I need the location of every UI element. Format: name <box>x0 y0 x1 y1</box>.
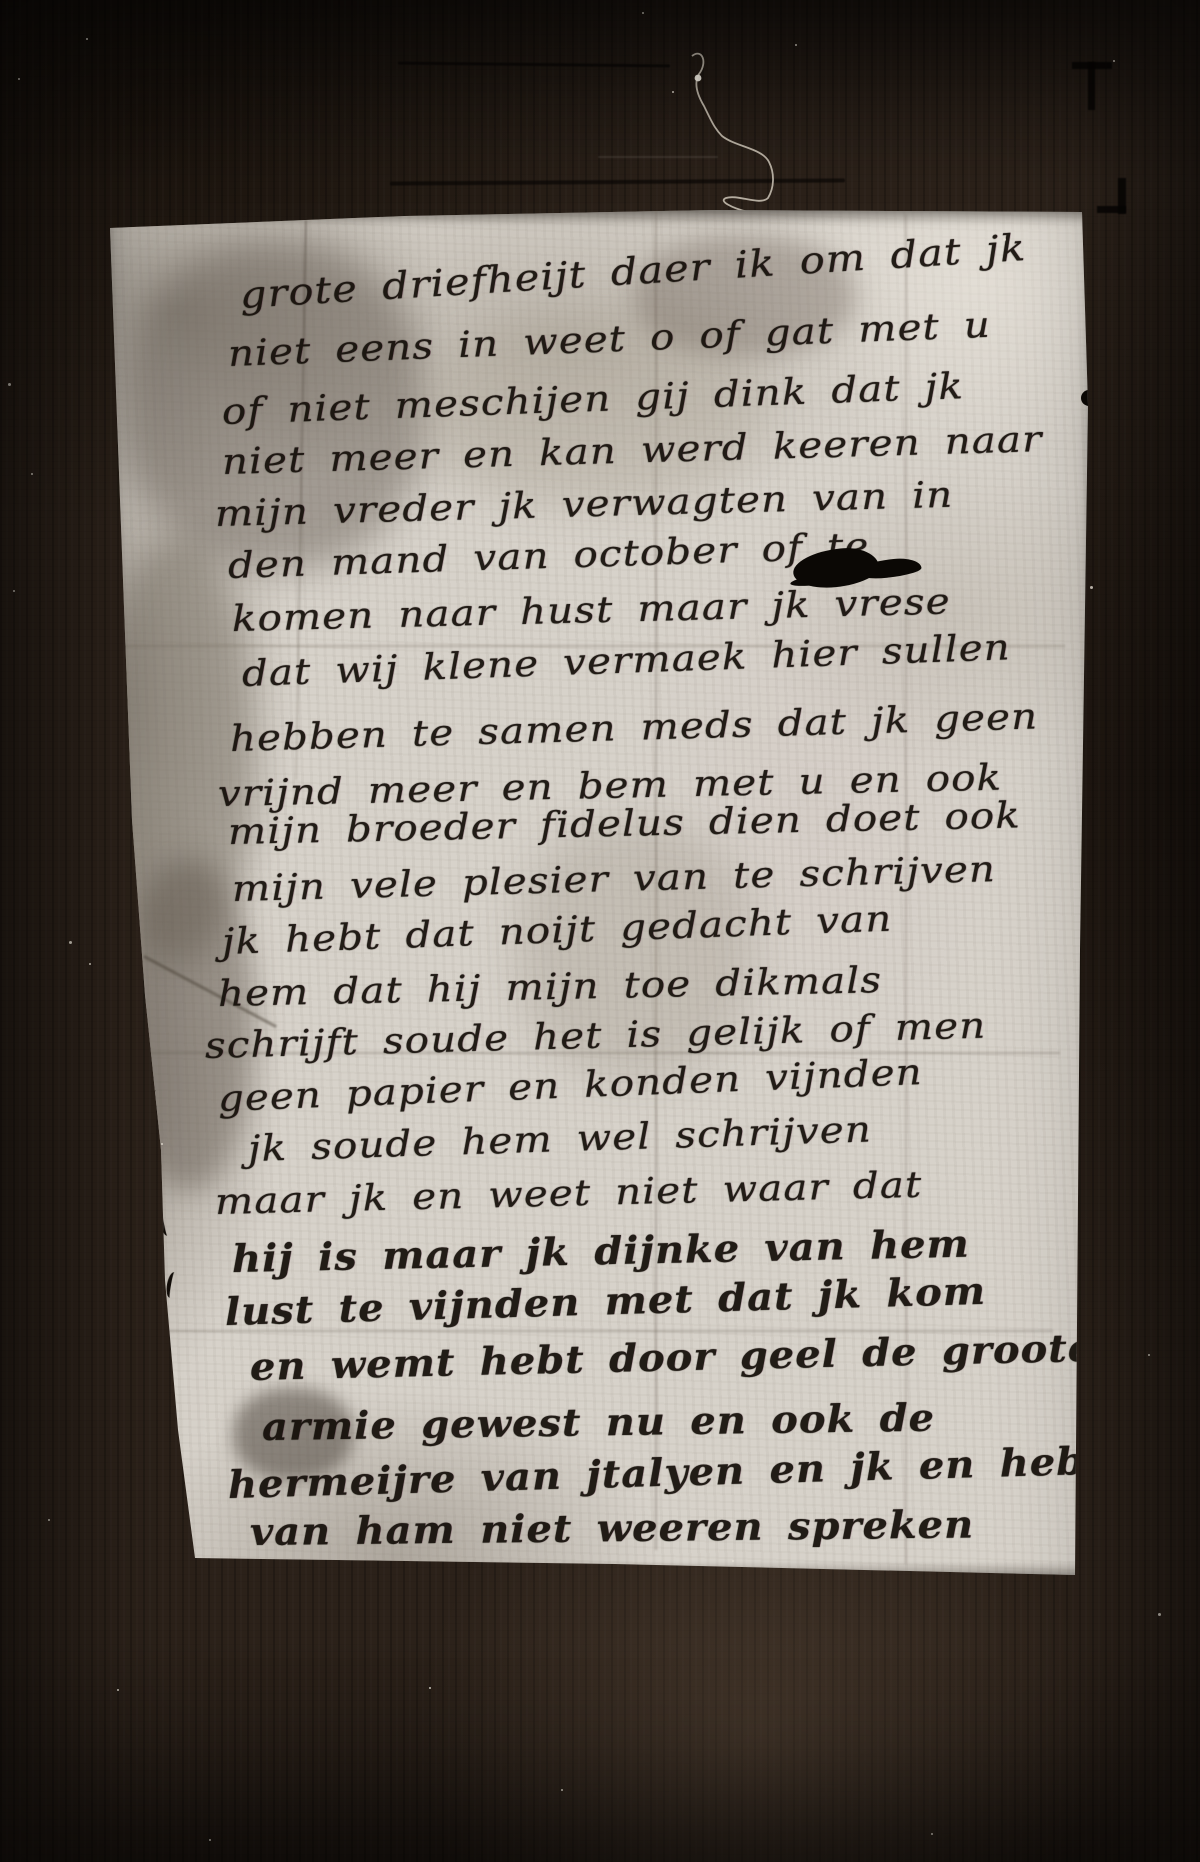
dust-speck <box>209 1839 211 1841</box>
handwriting-line: niet eens in weet o of gat met u <box>227 305 991 375</box>
dust-speck <box>429 1687 431 1689</box>
letter-paper: grote driefheijt daer ik om dat jkniet e… <box>95 200 1095 1585</box>
dust-speck <box>18 78 20 80</box>
handwriting-line: den mand van october of te <box>227 526 870 587</box>
dust-speck <box>732 1560 734 1562</box>
photograph-background: grote driefheijt daer ik om dat jkniet e… <box>0 0 1200 1862</box>
dust-speck <box>117 1689 119 1691</box>
dust-speck <box>161 1143 163 1145</box>
handwriting-line: hem dat hij mijn toe dikmals <box>218 960 883 1015</box>
dust-speck <box>672 91 674 93</box>
dust-speck <box>642 12 644 14</box>
handwriting-line: en wemt hebt door geel de groote <box>249 1325 1094 1389</box>
dust-speck <box>86 38 88 40</box>
handwriting-line: of niet meschijen gij dink dat jk <box>221 366 964 433</box>
handwriting-line: dat wij klene vermaek hier sullen <box>241 627 1011 695</box>
dust-speck <box>795 44 797 46</box>
handwritten-text: grote driefheijt daer ik om dat jkniet e… <box>95 200 1095 1585</box>
dust-speck <box>1090 586 1093 589</box>
dust-speck <box>31 473 33 475</box>
handwriting-line: komen naar hust maar jk vrese <box>231 581 951 640</box>
dust-speck <box>931 1833 933 1835</box>
dust-speck <box>561 1789 563 1791</box>
handwriting-line: armie gewest nu en ook de <box>262 1395 936 1449</box>
dust-speck <box>48 1519 50 1521</box>
dust-speck <box>1158 1613 1161 1616</box>
dust-speck <box>13 590 15 592</box>
handwriting-line: van ham niet weeren spreken <box>250 1501 975 1554</box>
dust-speck <box>69 941 72 944</box>
handwriting-line: hebben te samen meds dat jk geen <box>229 696 1038 760</box>
dust-speck <box>89 963 91 965</box>
handwriting-line: jk hebt dat noijt gedacht van <box>221 899 893 963</box>
dust-speck <box>1148 1354 1150 1356</box>
handwriting-line: grote driefheijt daer ik om dat jk <box>239 226 1028 317</box>
handwriting-line: hermeijre van jtalyen en jk en heb <box>227 1438 1085 1507</box>
handwriting-line: maar jk en weet niet waar dat <box>214 1165 922 1223</box>
dust-speck <box>1113 60 1115 62</box>
dust-speck <box>1003 238 1006 241</box>
handwriting-line: jk soude hem wel schrijven <box>247 1109 872 1170</box>
dust-speck <box>8 383 11 386</box>
